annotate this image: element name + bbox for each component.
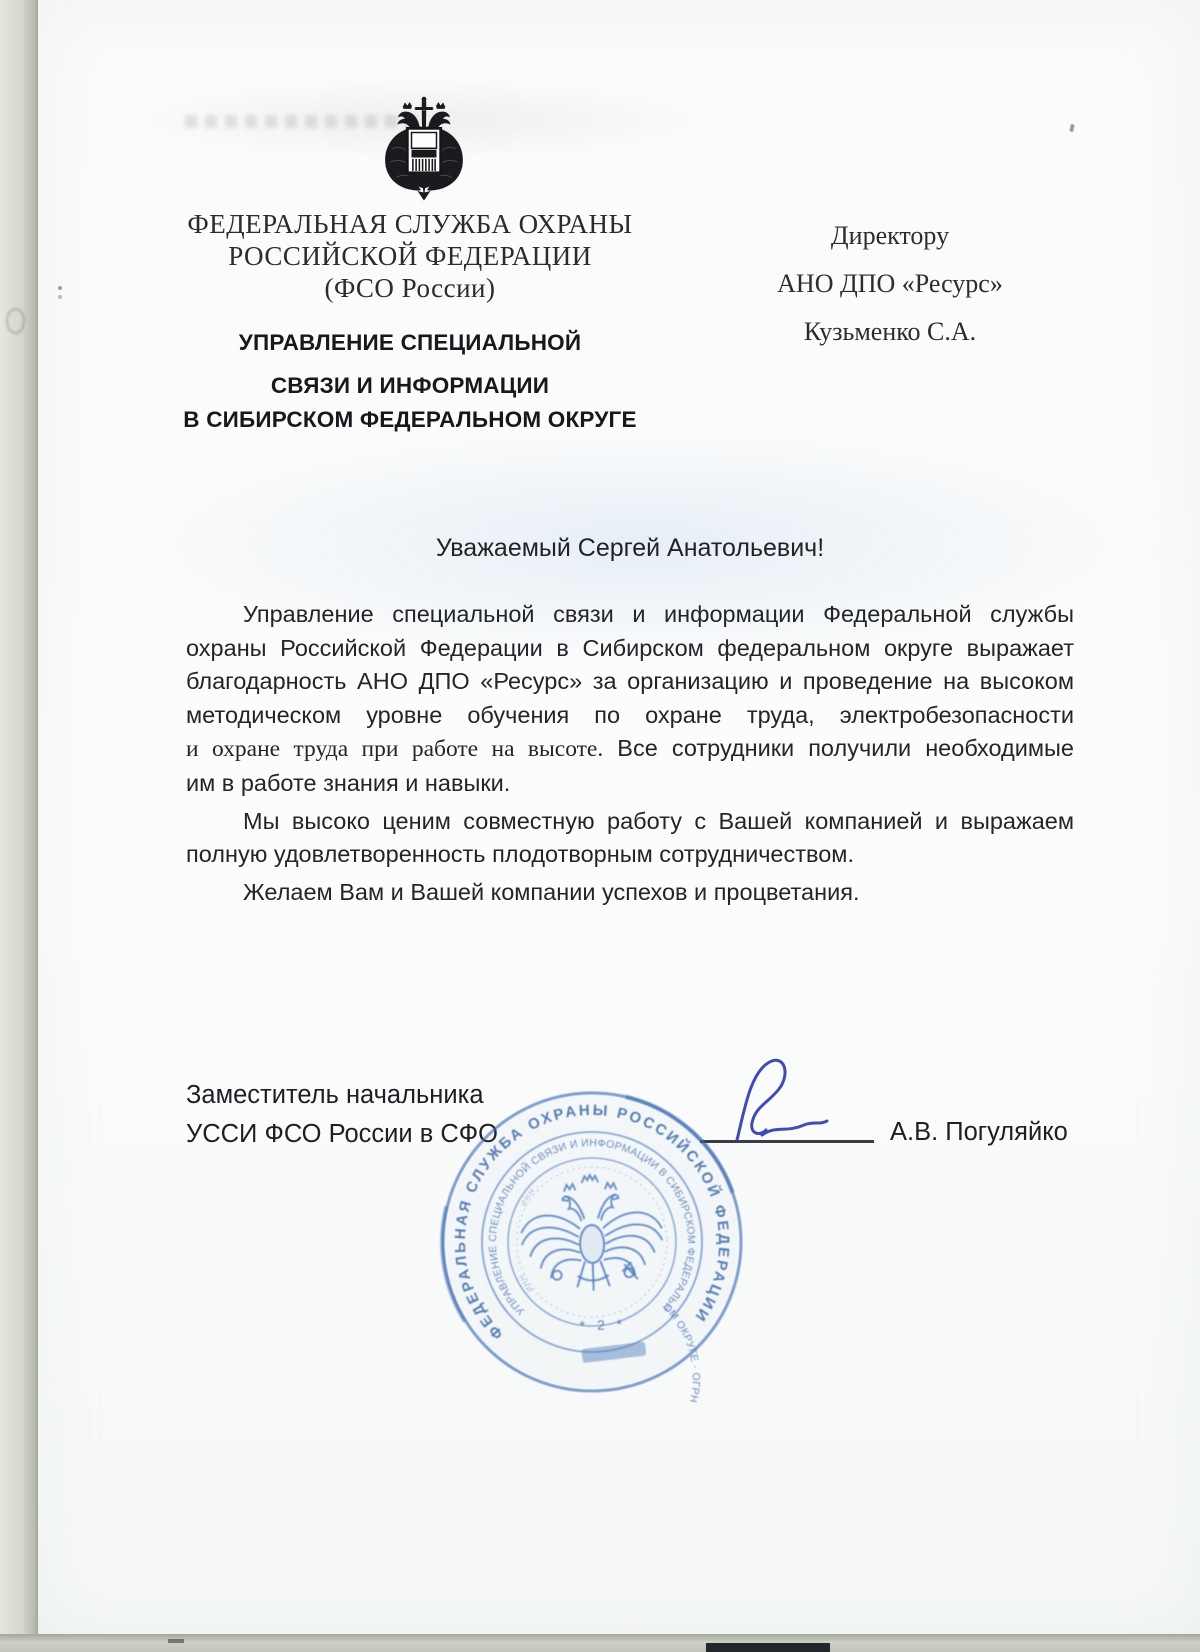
body-line: методическом уровне обучения по охране т… (186, 699, 1074, 733)
scanned-letter-page: ФЕДЕРАЛЬНАЯ СЛУЖБА ОХРАНЫ РОССИЙСКОЙ ФЕД… (0, 0, 1200, 1652)
department-line: В СИБИРСКОМ ФЕДЕРАЛЬНОМ ОКРУГЕ (150, 407, 670, 433)
body-line: им в работе знания и навыки. (186, 767, 1074, 801)
addressee-block: Директору АНО ДПО «Ресурс» Кузьменко С.А… (752, 212, 1028, 356)
addressee-line: АНО ДПО «Ресурс» (752, 260, 1028, 308)
body-line: благодарность АНО ДПО «Ресурс» за органи… (186, 665, 1074, 699)
letterhead-org-name: ФЕДЕРАЛЬНАЯ СЛУЖБА ОХРАНЫ РОССИЙСКОЙ ФЕД… (150, 208, 670, 304)
org-line: РОССИЙСКОЙ ФЕДЕРАЦИИ (150, 240, 670, 272)
scanner-edge-black-mark (706, 1643, 830, 1652)
addressee-line: Кузьменко С.А. (752, 308, 1028, 356)
scanner-edge-tick-mark (168, 1639, 184, 1643)
org-line: ФЕДЕРАЛЬНАЯ СЛУЖБА ОХРАНЫ (150, 208, 670, 240)
stamp-center-number: * 2 * (579, 1316, 626, 1334)
department-line: УПРАВЛЕНИЕ СПЕЦИАЛЬНОЙ (150, 330, 670, 356)
letterhead-department: УПРАВЛЕНИЕ СПЕЦИАЛЬНОЙ СВЯЗИ И ИНФОРМАЦИ… (150, 330, 670, 433)
fso-double-headed-eagle-emblem-icon (377, 95, 471, 208)
body-line: охраны Российской Федерации в Сибирском … (186, 632, 1074, 666)
body-line: и охране труда при работе на высоте. Все… (186, 732, 1074, 767)
addressee-line: Директору (752, 212, 1028, 260)
letter-body: Управление специальной связи и информаци… (186, 598, 1074, 909)
salutation: Уважаемый Сергей Анатольевич! (186, 534, 1074, 563)
official-stamp-seal: ФЕДЕРАЛЬНАЯ СЛУЖБА ОХРАНЫ РОССИЙСКОЙ ФЕД… (422, 1072, 761, 1411)
scanner-background-bottom (0, 1634, 1200, 1652)
body-line: Желаем Вам и Вашей компании успехов и пр… (186, 876, 1074, 910)
body-line: Мы высоко ценим совместную работу с Ваше… (186, 805, 1074, 839)
department-line: СВЯЗИ И ИНФОРМАЦИИ (150, 373, 670, 399)
body-line-serif-fragment: и охране труда при работе на высоте. (186, 736, 603, 762)
scanner-background-left (0, 0, 40, 1652)
body-line-fragment: Все сотрудники получили необходимые (603, 735, 1074, 761)
signer-name: А.В. Погуляйко (890, 1118, 1068, 1147)
body-line: полную удовлетворенность плодотворным со… (186, 838, 1074, 872)
body-line: Управление специальной связи и информаци… (186, 598, 1074, 632)
scan-speck-artifact (6, 308, 25, 334)
org-line: (ФСО России) (150, 272, 670, 304)
scan-speck-artifact (58, 286, 62, 290)
